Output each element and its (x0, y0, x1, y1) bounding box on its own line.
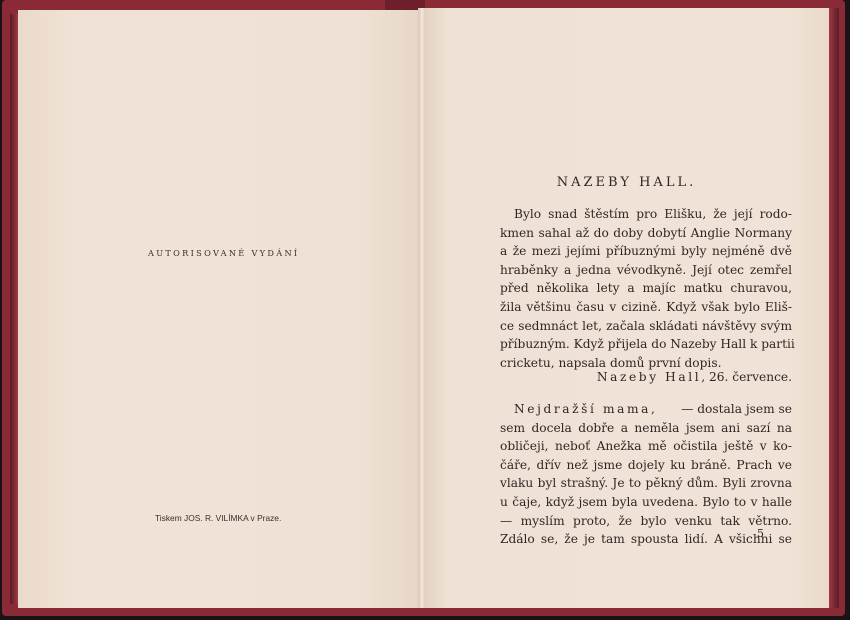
text-line: žila většinu času v cizině. Když však by… (500, 298, 792, 317)
edition-note: AUTORISOVANÉ VYDÁNÍ (148, 248, 299, 258)
text-line: kmen sahal až do doby dobytí Anglie Norm… (500, 224, 792, 243)
text-line: Bylo snad štěstím pro Elišku, že její ro… (500, 205, 792, 224)
letter-dateline: Nazeby Hall, 26. července. (500, 370, 792, 384)
printer-imprint: Tiskem JOS. R. VILÍMKA v Praze. (155, 513, 281, 523)
salutation: Nejdražší mama, (514, 400, 658, 419)
cover-edge-right (829, 8, 839, 608)
text-line: a že mezi jejími příbuznými byly nejméně… (500, 242, 792, 261)
chapter-title: NAZEBY HALL. (424, 175, 829, 190)
text-line: obličeji, neboť Anežka mě očistila ještě… (500, 437, 792, 456)
text-line: hraběnky a jedna vévodkyně. Její otec ze… (500, 261, 792, 280)
intro-paragraph: Bylo snad štěstím pro Elišku, že její ro… (500, 205, 792, 372)
dateline-date: , 26. července. (701, 370, 792, 384)
text-line: — myslím proto, že bylo venku tak větrno… (500, 512, 792, 531)
letter-first-rest: — dostala jsem se (681, 400, 792, 419)
text-line: sem docela dobře a neměla jsem ani sazí … (500, 419, 792, 438)
text-line: Zdálo se, že je tam spousta lidí. A všic… (500, 530, 792, 549)
letter-paragraph: Nejdražší mama, — dostala jsem se sem do… (500, 400, 792, 549)
text-line: příbuzným. Když přijela do Nazeby Hall k… (500, 335, 792, 354)
text-line: čáře, dřív než jsme dojely ku bráně. Pra… (500, 456, 792, 475)
dateline-place: Nazeby Hall (597, 370, 701, 384)
text-line: u čaje, když jsem byla uvedena. Bylo to … (500, 493, 792, 512)
cover-edge-left (10, 14, 18, 604)
text-line: před několika lety a majíc matku churavo… (500, 279, 792, 298)
text-line: Nejdražší mama, — dostala jsem se (500, 400, 792, 419)
page-number: 5 (757, 527, 764, 540)
text-line: vlaku byl strašný. Je to pěkný dům. Byli… (500, 474, 792, 493)
text-line: ce sedmnáct let, začala skládati návštěv… (500, 317, 792, 336)
